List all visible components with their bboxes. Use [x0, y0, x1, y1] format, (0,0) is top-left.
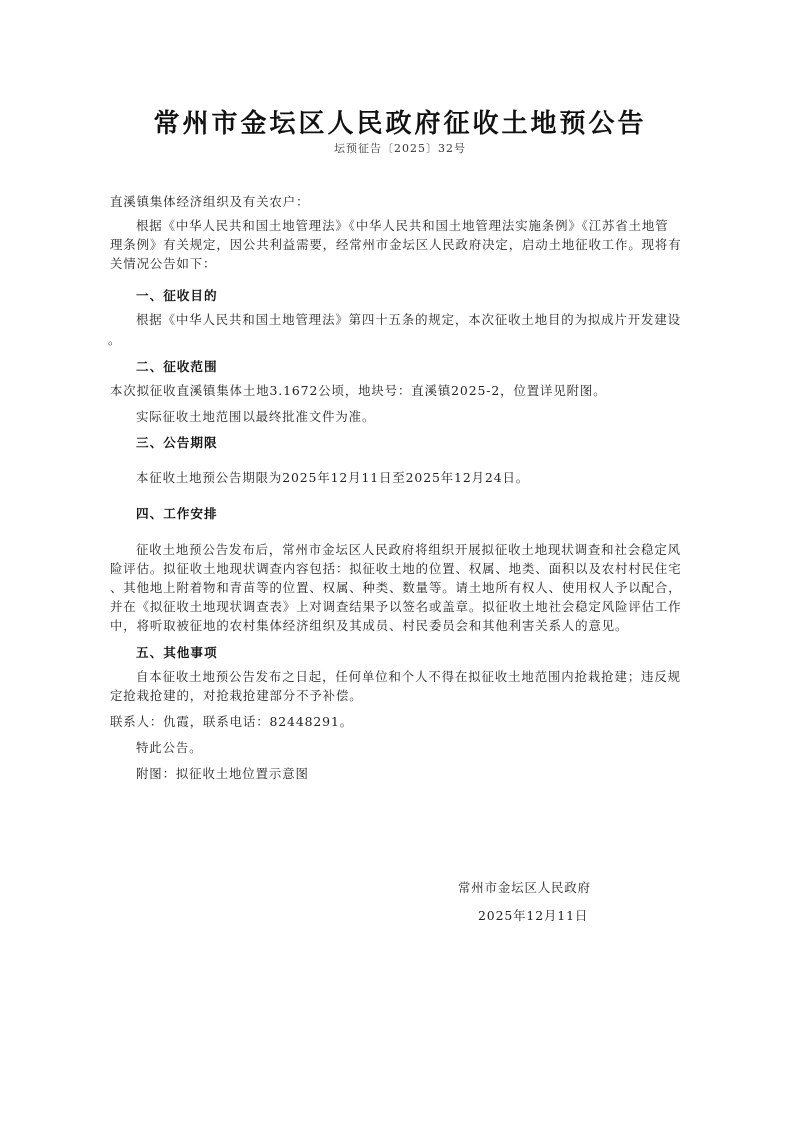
section-heading-scope: 二、征收范围 [136, 356, 218, 375]
closing-statement: 特此公告。 [136, 738, 202, 756]
section-arrangement-line-2: 险评估。拟征收土地现状调查内容包括：拟征收土地的位置、权属、地类、面积以及农村村… [110, 559, 682, 577]
section-period-line-1: 本征收土地预公告期限为2025年12月11日至2025年12月24日。 [136, 468, 529, 486]
section-purpose-line-2: 。 [108, 330, 121, 348]
section-arrangement-line-3: 、其他地上附着物和青苗等的位置、权属、种类、数量等。请土地所有权人、使用权人予以… [110, 578, 682, 596]
contact-info: 联系人：仇霞，联系电话：82448291。 [110, 712, 353, 730]
intro-line-2: 理条例》有关规定，因公共利益需要，经常州市金坛区人民政府决定，启动土地征收工作。… [110, 235, 682, 253]
section-scope-line-2: 实际征收土地范围以最终批准文件为准。 [136, 407, 375, 425]
document-number: 坛预征告〔2025〕32号 [0, 140, 800, 156]
section-arrangement-line-4: 并在《拟征收土地现状调查表》上对调查结果予以签名或盖章。拟征收土地社会稳定风险评… [110, 597, 682, 615]
section-heading-arrangement: 四、工作安排 [136, 503, 218, 522]
issue-date: 2025年12月11日 [478, 906, 588, 924]
section-heading-other: 五、其他事项 [136, 642, 218, 661]
issuer-name: 常州市金坛区人民政府 [458, 878, 591, 896]
section-other-line-2: 定抢栽抢建的，对抢栽抢建部分不予补偿。 [110, 686, 363, 704]
addressee: 直溪镇集体经济组织及有关农户： [110, 192, 309, 210]
section-scope-line-1: 本次拟征收直溪镇集体土地3.1672公顷，地块号：直溪镇2025-2，位置详见附… [110, 381, 606, 399]
intro-line-1: 根据《中华人民共和国土地管理法》《中华人民共和国土地管理法实施条例》《江苏省土地… [136, 216, 669, 234]
section-arrangement-line-5: 中，将听取被征地的农村集体经济组织及其成员、村民委员会和其他利害关系人的意见。 [110, 616, 628, 634]
section-purpose-line-1: 根据《中华人民共和国土地管理法》第四十五条的规定，本次征收土地目的为拟成片开发建… [136, 310, 681, 328]
attachment-note: 附图：拟征收土地位置示意图 [136, 764, 309, 782]
section-heading-period: 三、公告期限 [136, 432, 218, 451]
section-other-line-1: 自本征收土地预公告发布之日起，任何单位和个人不得在拟征收土地范围内抢栽抢建；违反… [136, 667, 681, 685]
intro-line-3: 关情况公告如下： [110, 254, 216, 272]
document-title: 常州市金坛区人民政府征收土地预公告 [0, 103, 800, 140]
section-arrangement-line-1: 征收土地预公告发布后，常州市金坛区人民政府将组织开展拟征收土地现状调查和社会稳定… [136, 540, 681, 558]
section-heading-purpose: 一、征收目的 [136, 285, 218, 304]
